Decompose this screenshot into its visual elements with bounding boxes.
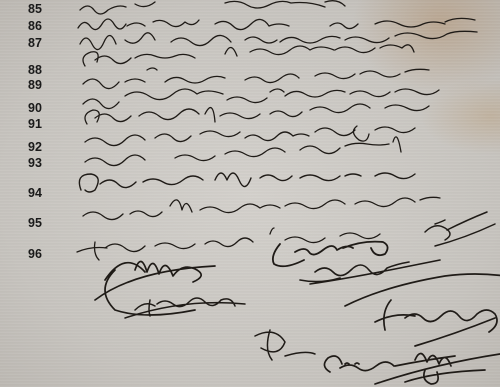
line-number: 93 <box>22 156 48 170</box>
line-number: 88 <box>22 63 48 77</box>
line-number: 87 <box>22 36 48 50</box>
handwriting-area <box>75 0 500 387</box>
line-number: 89 <box>22 78 48 92</box>
manuscript-page: 85 86 87 88 89 90 91 92 93 94 95 96 <box>0 0 500 387</box>
line-number: 92 <box>22 140 48 154</box>
line-number: 86 <box>22 19 48 33</box>
line-number: 91 <box>22 117 48 131</box>
line-number: 85 <box>22 2 48 16</box>
handwriting-strokes <box>75 0 500 387</box>
line-number: 96 <box>22 247 48 261</box>
line-number: 94 <box>22 186 48 200</box>
line-number: 95 <box>22 216 48 230</box>
line-number: 90 <box>22 101 48 115</box>
